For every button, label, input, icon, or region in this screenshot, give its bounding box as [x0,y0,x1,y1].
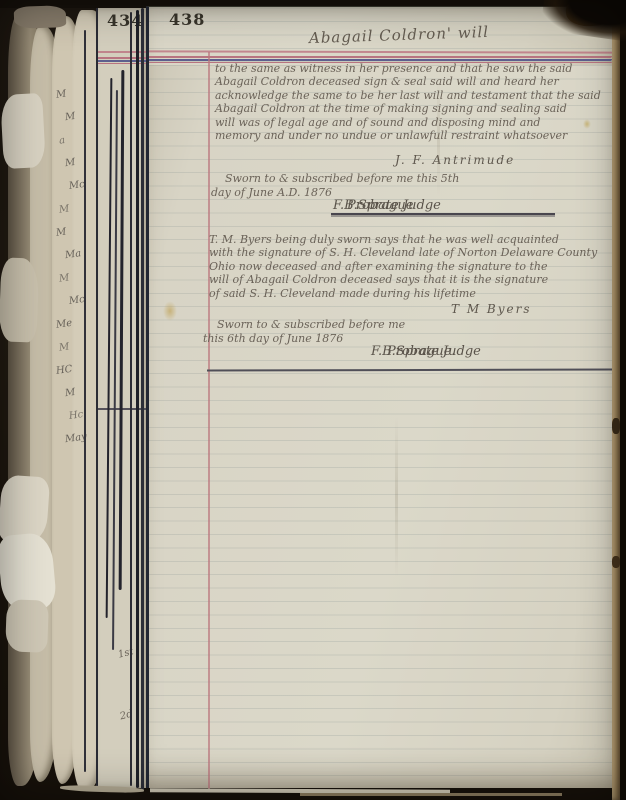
handwriting-fragment: M [56,223,99,239]
witness-signature: T M Byers [451,302,532,316]
header-rule-band [149,56,612,58]
judge-name: F.B.Sprague [333,198,413,213]
handwritten-line: Ohio now deceased and after examining th… [209,260,613,273]
handwriting-fragment: HC [56,361,99,377]
torn-paper-scrap [14,5,67,29]
judge-signature: F.B.SpragueProbate Judge [333,198,441,213]
header-rule-band [149,59,612,62]
handwritten-line: T. M. Byers being duly sworn says that h… [209,233,613,246]
page-edge-line [84,30,86,772]
edge-stain [612,418,620,434]
ledger-book-scan: M M a M Mc M M Ma M Mc Me M HC M Hc May … [0,0,626,800]
handwriting-fragment: a [58,131,98,146]
witness-affidavit-paragraph: to the same as witness in her presence a… [215,62,613,142]
handwritten-line: to the same as witness in her presence a… [215,62,613,75]
handwriting-fragment: Ma [64,247,98,261]
handwriting-fragment: M [56,85,99,101]
book-cover-right-edge [620,0,626,800]
handwriting-fragment: M [64,385,98,399]
handwriting-fragment: May [64,431,98,445]
paper-stain [583,119,591,129]
right-page-438: 438 Abagail Coldron' will to the same as… [146,6,612,788]
handwritten-line: with the signature of S. H. Cleveland la… [209,246,613,259]
signature-underline [331,213,555,215]
torn-paper-scrap [0,257,39,342]
handwritten-line: will was of legal age and of sound and d… [215,116,613,129]
paper-crease [437,77,440,197]
bottom-page-edge [300,793,562,796]
margin-rule-line [208,52,210,790]
byers-affidavit-paragraph: T. M. Byers being duly sworn says that h… [209,233,613,300]
judge-signature: F.B.Sprague.Probate Judge [371,344,481,359]
torn-paper-scrap [5,599,49,652]
page-edge-line [141,8,144,790]
sworn-statement-line: Sworn to & subscribed before me [217,318,405,331]
sworn-statement-line: day of June A.D. 1876 [211,186,332,199]
paper-crease [395,417,398,577]
handwriting-fragment: M [58,338,98,353]
handwriting-fragment: M [64,109,98,123]
handwriting-fragment: M [64,155,98,169]
sworn-statement-line: Sworn to & subscribed before me this 5th [225,172,459,185]
handwriting-fragment: M [58,269,98,284]
witness-signature: J. F. Antrimude [395,153,515,167]
page-edge-line [130,12,132,786]
handwritten-line: Abagail Coldron deceased sign & seal sai… [215,75,613,88]
torn-paper-scrap [0,93,46,169]
handwriting-fragment: M [58,200,98,215]
handwritten-line: Abagail Coldron at the time of making si… [215,102,613,115]
right-page-number: 438 [169,10,205,29]
handwritten-line: will of Abagail Coldron deceased says th… [209,273,613,286]
section-divider-line [207,368,613,371]
handwritten-line: memory and under no undue or unlawfull r… [215,129,613,142]
edge-stain [612,556,620,568]
handwriting-fragment: Me [56,315,99,331]
sworn-statement-line: this 6th day of June 1876 [203,332,343,345]
judge-name: F.B.Sprague. [371,344,456,359]
handwritten-line: acknowledge the same to be her last will… [215,89,613,102]
page-edge-line [136,10,139,788]
header-rule-red [149,50,612,53]
paper-stain [163,301,177,321]
handwritten-line: of said S. H. Cleveland made during his … [209,287,613,300]
spine-handwriting-fragments: M M a M Mc M M Ma M Mc Me M HC M Hc May [56,88,98,508]
page-title: Abagail Coldron' will [229,20,569,50]
